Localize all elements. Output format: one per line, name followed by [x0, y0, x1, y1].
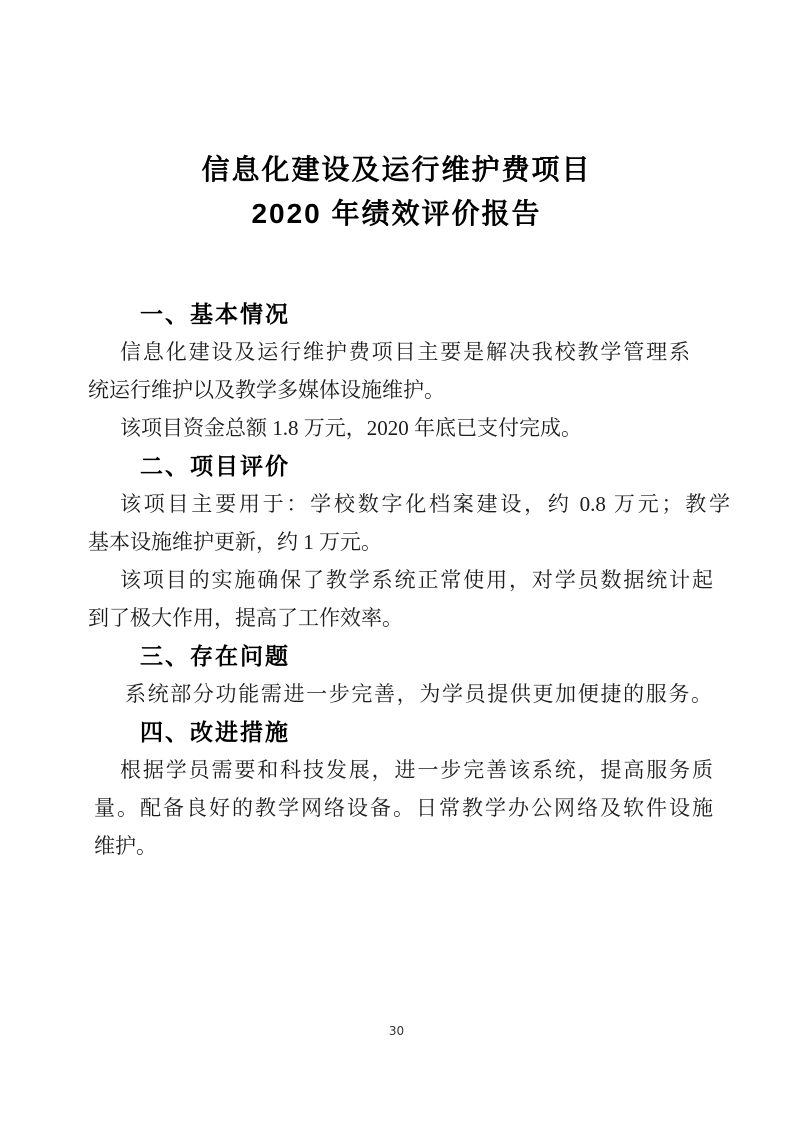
- document-body: 一、基本情况 信息化建设及运行维护费项目主要是解决我校教学管理系 统运行维护以及…: [88, 295, 738, 865]
- body-line: 根据学员需要和科技发展，进一步完善该系统，提高服务质: [94, 751, 713, 789]
- section-heading-1: 一、基本情况: [88, 295, 738, 333]
- body-line: 统运行维护以及教学多媒体设施维护。: [88, 371, 738, 409]
- report-title-line2: 2020 年绩效评价报告: [0, 192, 793, 236]
- body-line: 该项目主要用于：学校数字化档案建设，约 0.8 万元；教学: [88, 485, 730, 523]
- page-number: 30: [0, 1024, 793, 1038]
- body-line: 系统部分功能需进一步完善，为学员提供更加便捷的服务。: [88, 675, 712, 713]
- section-heading-2: 二、项目评价: [88, 447, 738, 485]
- body-line: 到了极大作用，提高了工作效率。: [88, 599, 738, 637]
- report-title: 信息化建设及运行维护费项目 2020 年绩效评价报告: [0, 148, 793, 236]
- body-line: 该项目资金总额 1.8 万元，2020 年底已支付完成。: [88, 409, 738, 447]
- body-line: 维护。: [94, 827, 738, 865]
- document-page: 信息化建设及运行维护费项目 2020 年绩效评价报告 一、基本情况 信息化建设及…: [0, 0, 793, 1122]
- section-heading-3: 三、存在问题: [88, 637, 738, 675]
- body-line: 基本设施维护更新，约 1 万元。: [88, 523, 738, 561]
- section-heading-4: 四、改进措施: [88, 713, 738, 751]
- body-line: 该项目的实施确保了教学系统正常使用，对学员数据统计起: [88, 561, 713, 599]
- report-title-line1: 信息化建设及运行维护费项目: [0, 148, 793, 192]
- body-line: 信息化建设及运行维护费项目主要是解决我校教学管理系: [88, 333, 690, 371]
- body-line: 量。配备良好的教学网络设备。日常教学办公网络及软件设施: [94, 789, 713, 827]
